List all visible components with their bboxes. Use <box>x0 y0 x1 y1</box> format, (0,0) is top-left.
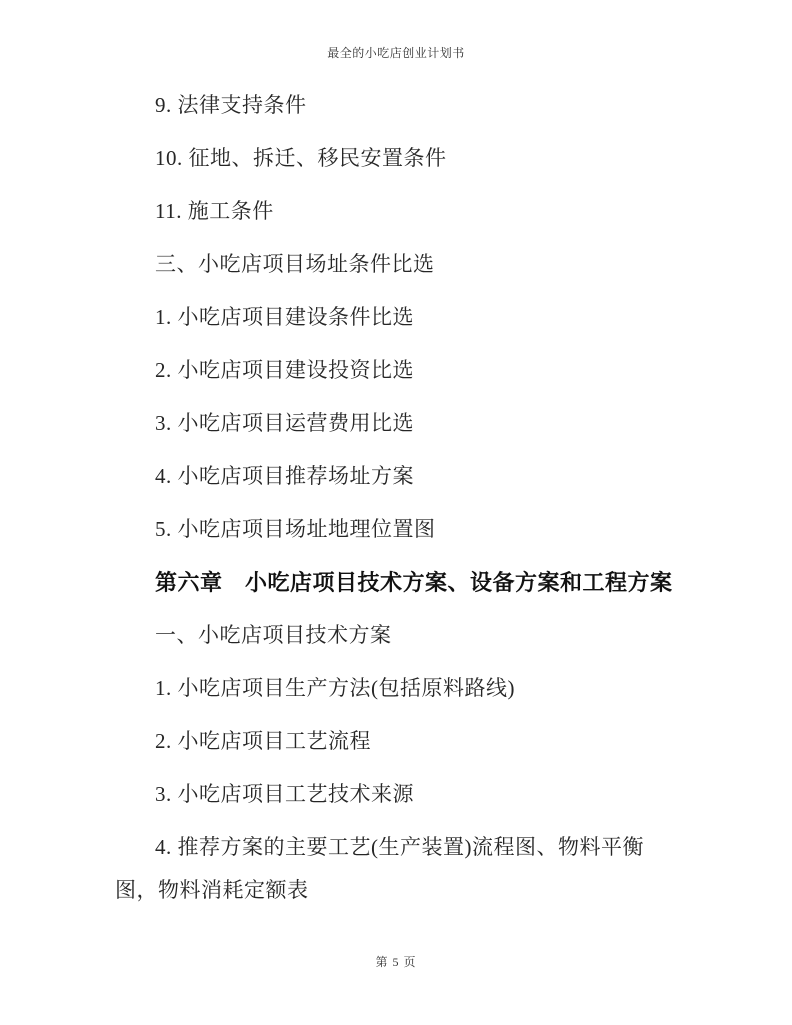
outline-paragraph: 10. 征地、拆迁、移民安置条件 <box>115 137 680 180</box>
outline-paragraph: 三、小吃店项目场址条件比选 <box>115 243 680 286</box>
outline-paragraph: 9. 法律支持条件 <box>115 84 680 127</box>
outline-paragraph: 2. 小吃店项目建设投资比选 <box>115 349 680 392</box>
outline-paragraph: 4. 小吃店项目推荐场址方案 <box>115 455 680 498</box>
outline-paragraph: 4. 推荐方案的主要工艺(生产装置)流程图、物料平衡图，物料消耗定额表 <box>115 826 680 912</box>
outline-paragraph: 11. 施工条件 <box>115 190 680 233</box>
outline-paragraph: 一、小吃店项目技术方案 <box>115 614 680 657</box>
outline-paragraph: 3. 小吃店项目运营费用比选 <box>115 402 680 445</box>
outline-paragraph: 2. 小吃店项目工艺流程 <box>115 720 680 763</box>
chapter-heading: 第六章 小吃店项目技术方案、设备方案和工程方案 <box>115 561 680 604</box>
document-page: 最全的小吃店创业计划书 9. 法律支持条件10. 征地、拆迁、移民安置条件11.… <box>0 0 792 1025</box>
outline-paragraph: 1. 小吃店项目建设条件比选 <box>115 296 680 339</box>
page-footer-page-number: 第 5 页 <box>0 953 792 970</box>
outline-paragraph: 3. 小吃店项目工艺技术来源 <box>115 773 680 816</box>
page-header-title: 最全的小吃店创业计划书 <box>0 44 792 61</box>
outline-paragraph: 1. 小吃店项目生产方法(包括原料路线) <box>115 667 680 710</box>
outline-paragraph: 5. 小吃店项目场址地理位置图 <box>115 508 680 551</box>
document-body: 9. 法律支持条件10. 征地、拆迁、移民安置条件11. 施工条件三、小吃店项目… <box>115 84 680 922</box>
